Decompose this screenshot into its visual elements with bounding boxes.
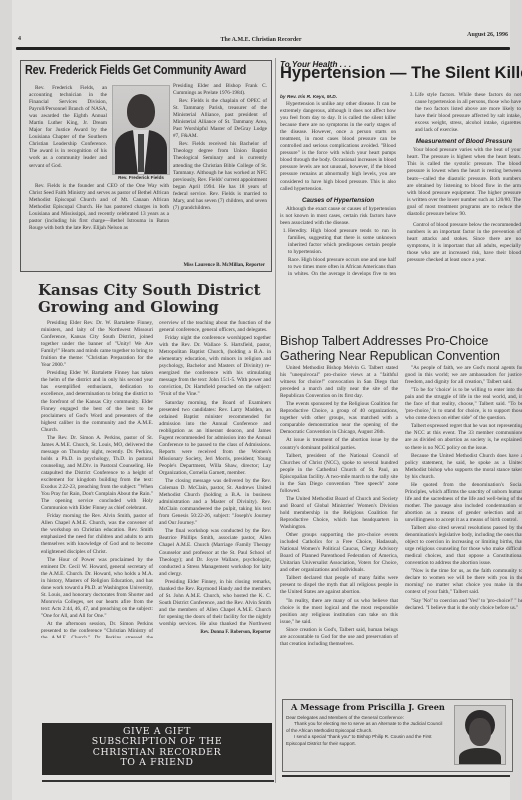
issue-date: August 26, 1996 (467, 32, 508, 38)
fields-column-1: Rev. Frederick Fields, an accounting tec… (29, 85, 107, 170)
paragraph: Rev. Fields is the founder and CEO of th… (29, 183, 169, 232)
paragraph: Rev. Fields received his Bachelor of The… (173, 141, 267, 211)
message-rule (282, 775, 510, 777)
publication-title: The A.M.E. Christian Recorder (12, 37, 510, 43)
paragraph: Talbert declared that people of many fai… (280, 575, 398, 596)
photo-tie-shape (138, 134, 144, 172)
measurement-heading: Measurement of Blood Pressure (407, 138, 521, 145)
kansas-column-2: overview of the teaching about the funct… (159, 320, 271, 628)
portrait-face-shape (469, 718, 491, 746)
kansas-headline: Kansas City South District Growing and G… (38, 282, 270, 316)
photo-head-shape (127, 94, 155, 128)
paragraph: Talbert, president of the National Counc… (280, 453, 398, 495)
kansas-byline: Rev. Donna F. Roberson, Reporter (159, 630, 271, 635)
paragraph: Presiding Elder and Bishop Frank C. Cumm… (173, 83, 267, 97)
paragraph: Hypertension is unlike any other disease… (280, 101, 396, 193)
newspaper-page: 4 The A.M.E. Christian Recorder August 2… (12, 0, 510, 800)
paragraph: The closing message was delivered by the… (159, 478, 271, 527)
paragraph: Since creation is God's, Talbert said, h… (280, 627, 398, 648)
causes-heading: Causes of Hypertension (280, 197, 396, 204)
paragraph: "Now is the time for us, as the faith co… (405, 568, 522, 596)
paragraph: Presiding Elder Finney, in his closing r… (159, 579, 271, 628)
paragraph: At the afternoon session, Dr. Simon Perk… (41, 621, 153, 638)
paragraph: The Rev. Dr. Simon A. Perkins, pastor of… (41, 435, 153, 513)
gift-subscription-ad: GIVE A GIFT SUBSCRIPTION OF THE CHRISTIA… (42, 723, 272, 775)
list-item: Life style factors. While these factors … (415, 92, 521, 134)
health-headline: Hypertension — The Silent Killer (280, 64, 522, 83)
paragraph: United Methodist Bishop Melvin G. Talber… (280, 365, 398, 400)
health-column-2: Life style factors. While these factors … (407, 91, 521, 264)
paragraph: At issue is treatment of the abortion is… (280, 437, 398, 451)
green-message-box: A Message from Priscilla J. Green Dear D… (282, 699, 513, 772)
bishop-column-2: "As people of faith, we are God's moral … (405, 365, 522, 695)
paragraph: Control of blood pressure below the reco… (407, 222, 521, 264)
paragraph: Talbert also cited several resolutions p… (405, 525, 522, 567)
paragraph: "In reality, there are many of us who be… (280, 598, 398, 626)
risk-factor-list-continued: Life style factors. While these factors … (407, 92, 521, 134)
green-message-body: Dear Delegates and Members of the Genera… (286, 715, 446, 747)
masthead: 4 The A.M.E. Christian Recorder August 2… (12, 26, 510, 52)
paragraph: Your blood pressure varies with the beat… (407, 147, 521, 217)
fields-byline: Miss Laurence B. McMillan, Reporter (183, 263, 265, 268)
fields-column-1-continued: Rev. Fields is the founder and CEO of th… (29, 183, 169, 232)
paragraph: The events sponsored by the Religious Co… (280, 401, 398, 436)
fields-column-2: Presiding Elder and Bishop Frank C. Cumm… (173, 83, 267, 212)
list-item: Heredity. High blood pressure tends to r… (288, 228, 396, 256)
paragraph: "Say 'No!' to coercion and 'Yes!' to 'pr… (405, 598, 522, 612)
health-column-1: Hypertension is unlike any other disease… (280, 101, 396, 279)
ad-rule (42, 780, 274, 782)
paragraph: Saturday morning, the Board of Examiners… (159, 400, 271, 478)
paragraph: He quoted from the denomination's Social… (405, 482, 522, 524)
paragraph: Although the exact cause or causes of hy… (280, 206, 396, 227)
paragraph: Thank you for electing me to serve as an… (286, 721, 446, 734)
fields-article: Rev. Frederick Fields Get Community Awar… (20, 60, 272, 272)
ad-line: TO A FRIEND (42, 758, 272, 768)
bishop-headline: Bishop Talbert Addresses Pro-Choice Gath… (280, 334, 522, 363)
fields-photo (112, 85, 170, 175)
portrait-body-shape (459, 748, 501, 765)
column-divider (275, 58, 276, 783)
masthead-rule (16, 47, 510, 50)
paragraph: The final workshop was conducted by the … (159, 528, 271, 577)
paragraph: Rev. Fields is the chaplain of OPEC of S… (173, 98, 267, 140)
paragraph: I send a special "thank you" to Bishop P… (286, 734, 446, 747)
list-item: Race. High blood pressure occurs one and… (288, 257, 396, 278)
paragraph: Rev. Frederick Fields, an accounting tec… (29, 85, 107, 170)
risk-factor-list: Heredity. High blood pressure tends to r… (280, 228, 396, 278)
kansas-column-1: Presiding Elder Rev. Dr. W. Bartalette F… (41, 320, 153, 638)
paragraph: "As people of faith, we are God's moral … (405, 365, 522, 386)
paragraph: overview of the teaching about the funct… (159, 320, 271, 334)
paragraph: "To be for 'choice' is to be willing to … (405, 387, 522, 422)
paragraph: Friday morning the Rev. Alvin Smith, pas… (41, 513, 153, 555)
green-portrait (454, 705, 506, 765)
paragraph: Other groups supporting the pro-choice e… (280, 532, 398, 574)
paragraph: Friday night the conference worshipped t… (159, 335, 271, 398)
green-headline: A Message from Priscilla J. Green (291, 702, 445, 712)
bishop-column-1: United Methodist Bishop Melvin G. Talber… (280, 365, 398, 695)
photo-caption: Rev. Frederick Fields (112, 175, 170, 180)
paragraph: Presiding Elder Rev. Dr. W. Bartalette F… (41, 320, 153, 369)
fields-headline: Rev. Frederick Fields Get Community Awar… (25, 63, 237, 77)
paragraph: Talbert expressed regret that he was not… (405, 423, 522, 451)
health-author: by Rev. Iris R. Keys, M.D. (280, 95, 337, 100)
paragraph: Presiding Elder W. Bartalette Finney has… (41, 370, 153, 433)
paragraph: Because the United Methodist Church does… (405, 453, 522, 481)
paragraph: The Hour of Power was proclaimed by the … (41, 557, 153, 620)
paragraph: The United Methodist Board of Church and… (280, 496, 398, 531)
